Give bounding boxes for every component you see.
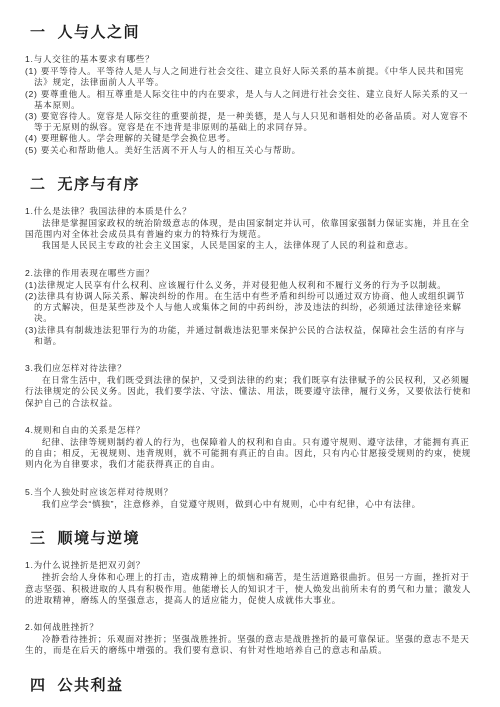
question-text: 2.如何战胜挫折？ <box>25 622 472 633</box>
section-adversity: 三顺境与逆境 1.为什么说挫折是把双刃剑？ 挫折会给人身体和心理上的打击，造成精… <box>25 530 472 656</box>
answer-paragraph: 挫折会给人身体和心理上的打击，造成精神上的烦恼和痛苦，是生活道路很曲折。但另一方… <box>25 572 472 606</box>
document-page: 一人与人之间 1.与人交往的基本要求有哪些？ (1) 要平等待人。平等待人是人与… <box>0 0 500 707</box>
answer-paragraph: 在日常生活中，我们既受到法律的保护，又受到法律的约束；我们既享有法律赋予的公民权… <box>25 375 472 409</box>
section-number: 三 <box>30 530 47 547</box>
numbered-item: (1) 要平等待人。平等待人是人与人之间进行社会交往、建立良好人际关系的基本前提… <box>25 66 472 88</box>
section-number: 四 <box>30 677 47 694</box>
question-text: 1.与人交往的基本要求有哪些？ <box>25 54 472 65</box>
section-title: 人与人之间 <box>58 24 141 41</box>
numbered-item: (1)法律规定人民享有什么权利、应该履行什么义务，并对侵犯他人权利和不履行义务的… <box>25 280 472 291</box>
section-number: 二 <box>30 176 47 193</box>
question-text: 5.当个人独处时应该怎样对待规则？ <box>25 487 472 498</box>
section-heading: 三顺境与逆境 <box>30 530 472 547</box>
numbered-item: (2) 要尊重他人。相互尊重是人际交往中的内在要求，是人与人之间进行社会交往、建… <box>25 89 472 111</box>
numbered-item: (2)法律具有协调人际关系、解决纠纷的作用。在生活中有些矛盾和纠纷可以通过双方协… <box>25 291 472 325</box>
numbered-item: (3)法律具有制裁违法犯罪行为的功能，并通过制裁违法犯罪来保护公民的合法权益，保… <box>25 325 472 347</box>
answer-paragraph: 我们应学会“慎独”，注意修养，自觉遵守规则，做到心中有规则，心中有纪律，心中有法… <box>25 499 472 510</box>
answer-paragraph: 冷静看待挫折；乐观面对挫折；坚强战胜挫折。坚强的意志是战胜挫折的最可靠保证。坚强… <box>25 634 472 656</box>
section-heading: 一人与人之间 <box>30 24 472 41</box>
section-relations: 一人与人之间 1.与人交往的基本要求有哪些？ (1) 要平等待人。平等待人是人与… <box>25 24 472 156</box>
section-order: 二无序与有序 1.什么是法律？我国法律的本质是什么？ 法律是掌握国家政权的统治阶… <box>25 176 472 510</box>
section-public-interest: 四公共利益 <box>25 677 472 694</box>
section-heading: 四公共利益 <box>30 677 472 694</box>
section-number: 一 <box>30 24 47 41</box>
question-text: 4.规则和自由的关系是怎样？ <box>25 425 472 436</box>
section-title: 公共利益 <box>58 677 124 694</box>
section-title: 无序与有序 <box>58 176 141 193</box>
section-heading: 二无序与有序 <box>30 176 472 193</box>
numbered-item: (5) 要关心和帮助他人。美好生活离不开人与人的相互关心与帮助。 <box>25 145 472 156</box>
section-title: 顺境与逆境 <box>58 530 141 547</box>
question-text: 2.法律的作用表现在哪些方面？ <box>25 268 472 279</box>
answer-paragraph: 法律是掌握国家政权的统治阶级意志的体现，是由国家制定并认可，依靠国家强制力保证实… <box>25 218 472 240</box>
question-text: 3.我们应怎样对待法律？ <box>25 363 472 374</box>
numbered-item: (3) 要宽容待人。宽容是人际交往的重要前提，是一种美德，是人与人只见和谐相处的… <box>25 111 472 133</box>
answer-paragraph: 纪律、法律等规则制约着人的行为，也保障着人的权利和自由。只有遵守规则、遵守法律，… <box>25 437 472 471</box>
numbered-item: (4) 要理解他人。学会理解的关键是学会换位思考。 <box>25 133 472 144</box>
question-text: 1.为什么说挫折是把双刃剑？ <box>25 560 472 571</box>
answer-paragraph: 我国是人民民主专政的社会主义国家，人民是国家的主人，法律体现了人民的利益和意志。 <box>25 240 472 251</box>
question-text: 1.什么是法律？我国法律的本质是什么？ <box>25 206 472 217</box>
